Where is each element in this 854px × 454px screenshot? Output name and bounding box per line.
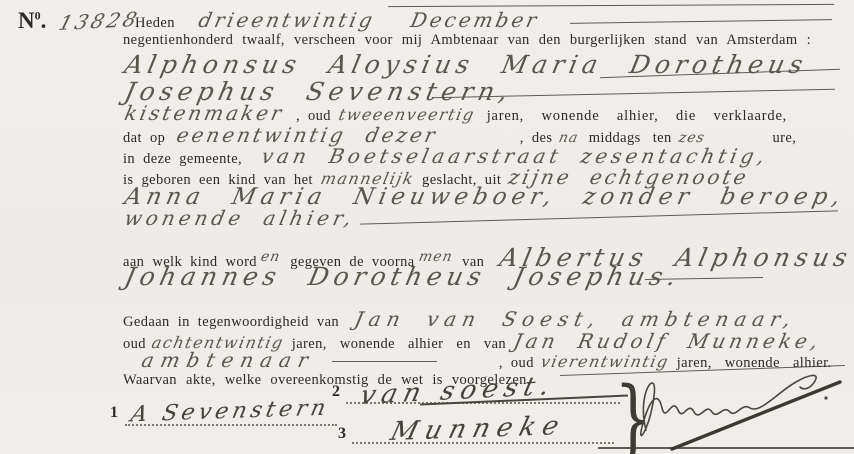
hw-month: December: [408, 8, 541, 32]
line-declarant-name1: Alphonsus Aloysius Maria Dorotheus: [125, 50, 807, 79]
hw-mother-residence: wonende alhier,: [122, 206, 357, 230]
registrar-signature: [628, 352, 854, 452]
line-child-names2: Johannes Dorotheus Josephus.: [125, 262, 680, 291]
hw-child-names2: Johannes Dorotheus Josephus.: [122, 262, 684, 291]
line-occupation-age: kistenmaker , oud tweeenveertig jaren, w…: [125, 101, 787, 125]
date-fill-rule: [570, 19, 832, 24]
hw-day: drieentwintig: [196, 8, 377, 32]
printed-age-suffix: jaren, wonende alhier, die verklaarde,: [487, 108, 787, 124]
line-date: Heden drieentwintig December: [135, 8, 539, 32]
signature-number-2: 2: [332, 383, 340, 401]
printed-ure: ure,: [773, 130, 797, 146]
form-rule-top: [388, 4, 834, 7]
record-number-label: N0.: [18, 8, 46, 33]
line-mother-residence: wonende alhier,: [125, 206, 355, 230]
record-number: N0. 13828: [18, 8, 139, 34]
printed-gedaan: Gedaan in tegenwoordigheid van: [123, 314, 339, 330]
printed-intro: negentienhonderd twaalf, verscheen voor …: [123, 32, 811, 48]
hw-witness1: Jan van Soest, ambtenaar,: [353, 307, 799, 331]
printed-heden: Heden: [135, 15, 175, 31]
printed-oud3: , oud: [499, 355, 534, 371]
signature-number-3: 3: [338, 425, 346, 443]
hw-declarant-name1: Alphonsus Aloysius Maria Dorotheus: [122, 50, 810, 79]
hw-age: tweeenveertig: [337, 105, 477, 124]
signature-number-1: 1: [110, 404, 118, 422]
line-intro: negentienhonderd twaalf, verscheen voor …: [123, 31, 811, 49]
line-witness1: Gedaan in tegenwoordigheid van Jan van S…: [123, 307, 796, 331]
signature-sevenstern: A Sevenstern: [129, 396, 332, 428]
signature-munneke: Munneke: [387, 411, 569, 447]
hw-witness2-occupation: ambtenaar: [139, 348, 317, 372]
printed-oud: , oud: [296, 108, 331, 124]
birth-certificate-document: N0. 13828 Heden drieentwintig December n…: [0, 0, 854, 454]
hw-occupation: kistenmaker: [122, 101, 286, 125]
residence-fill-rule: [360, 210, 838, 224]
